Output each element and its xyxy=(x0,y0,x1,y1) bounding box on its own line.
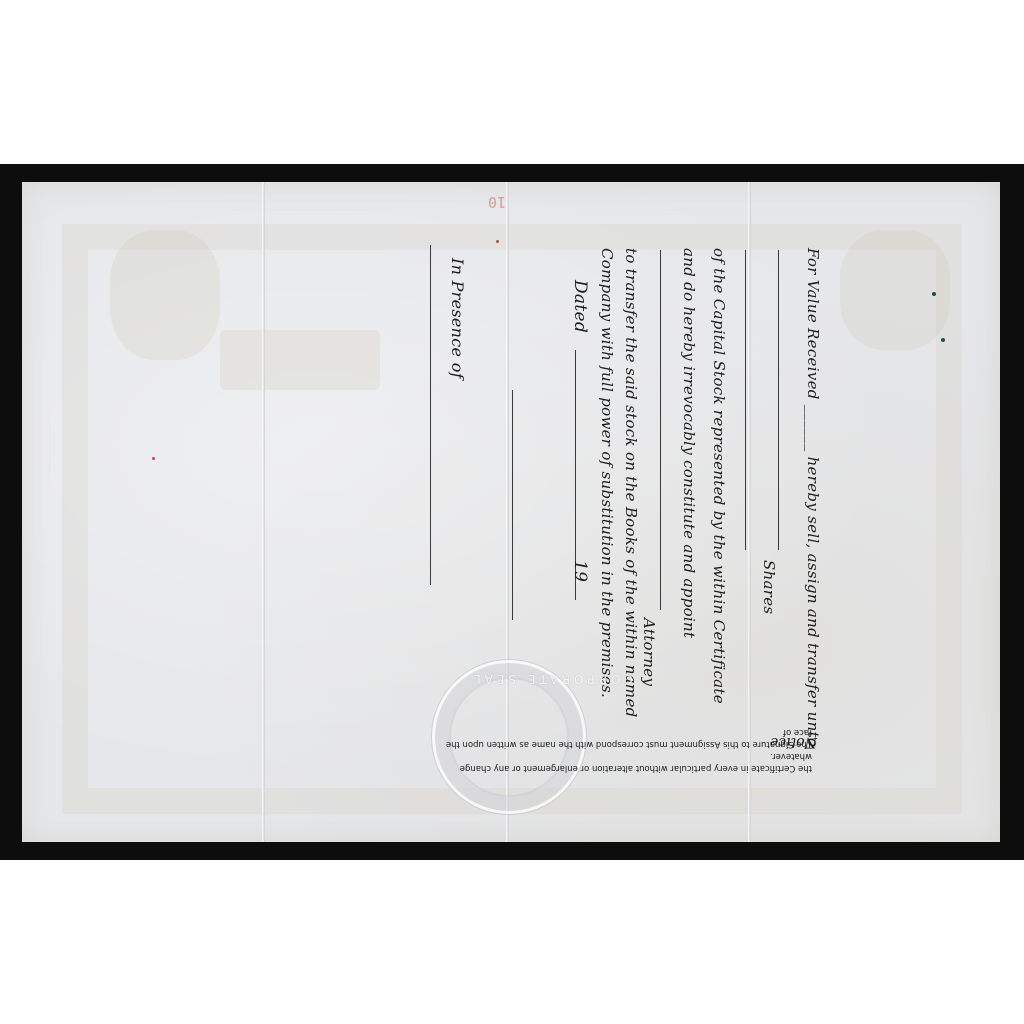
witness-label: In Presence of xyxy=(448,258,467,379)
dated-label: Dated xyxy=(570,280,590,333)
signature-line xyxy=(512,390,513,620)
year-prefix: 19 xyxy=(570,560,590,582)
stamp-number: 10 xyxy=(488,193,506,211)
ink-speck xyxy=(932,292,936,296)
notice-line-2: the Certificate in every particular with… xyxy=(432,750,812,774)
attorney-label: Attorney xyxy=(640,618,658,686)
seal-text: CORPORATE SEAL xyxy=(470,672,633,686)
assignment-line-3: and do hereby irrevocably constitute and… xyxy=(680,248,698,638)
show-through-ornament xyxy=(840,230,950,350)
show-through-ornament xyxy=(110,230,220,360)
ink-mark xyxy=(152,457,155,460)
fold-line xyxy=(262,182,265,842)
assignment-line-4: to transfer the said stock on the Books … xyxy=(622,248,640,718)
assignment-line-2: of the Capital Stock represented by the … xyxy=(710,248,728,704)
notice-text: the Certificate in every particular with… xyxy=(432,726,812,774)
shares-label: Shares xyxy=(760,560,778,614)
shares-line xyxy=(745,250,746,550)
assignment-line-5: Company with full power of substitution … xyxy=(598,248,616,698)
notice-line-1: The Signature to this Assignment must co… xyxy=(432,726,812,750)
ink-mark xyxy=(496,240,499,243)
witness-line xyxy=(430,245,431,585)
attorney-line xyxy=(660,250,661,610)
assignment-line-1: For Value Received ______ hereby sell, a… xyxy=(804,248,822,747)
ink-speck xyxy=(941,338,945,342)
show-through-panel xyxy=(220,330,380,390)
transferee-line xyxy=(778,250,779,550)
